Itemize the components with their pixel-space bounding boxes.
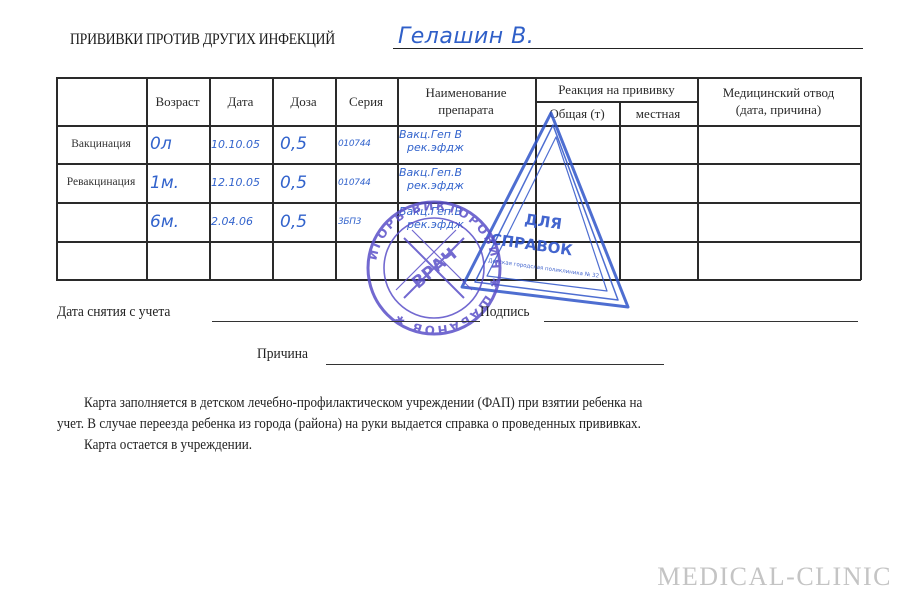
cell-medical-exemption[interactable] [697, 202, 860, 241]
column-header-dose: Доза [272, 77, 335, 125]
signature-field[interactable] [544, 321, 858, 322]
column-header-series: Серия [335, 77, 397, 125]
drug-name-line2: рек.эфдж [399, 179, 464, 192]
cell-series[interactable]: 010744 [338, 125, 397, 163]
cell-reaction-general[interactable] [535, 125, 619, 163]
deregistration-date-field[interactable] [212, 321, 480, 322]
cell-date[interactable]: 10.10.05 [211, 125, 272, 163]
cell-medical-exemption[interactable] [697, 241, 860, 279]
cell-age[interactable]: 1м. [150, 163, 209, 202]
deregistration-date-label: Дата снятия с учета [57, 304, 170, 321]
cell-date[interactable]: 2.04.06 [211, 202, 272, 241]
cell-medical-exemption[interactable] [697, 125, 860, 163]
cell-dose[interactable] [280, 241, 335, 279]
drug-name-line1: Вакц.Геп.В [399, 166, 462, 179]
reason-field[interactable] [326, 364, 664, 365]
note-line-3: Карта остается в учреждении. [84, 435, 252, 456]
cell-medical-exemption[interactable] [697, 163, 860, 202]
row-label [56, 202, 146, 241]
column-header-med-line1: Медицинский отвод [723, 84, 834, 101]
cell-drug-name[interactable]: Вакц.Геп.Врек.эфдж [399, 166, 533, 201]
cell-reaction-local[interactable] [619, 163, 697, 202]
column-header-drug-line1: Наименование [426, 84, 507, 101]
cell-reaction-general[interactable] [535, 241, 619, 279]
cell-series[interactable]: 3БП3 [338, 202, 397, 241]
column-header-reaction-local: местная [619, 101, 697, 125]
cell-reaction-general[interactable] [535, 202, 619, 241]
cell-dose[interactable]: 0,5 [280, 202, 335, 241]
drug-name-line2: рек.эфдж [399, 141, 464, 154]
row-label: Ревакцинация [56, 163, 146, 202]
row-label: Вакцинация [56, 125, 146, 163]
watermark: MEDICAL-CLINIC [657, 562, 892, 592]
cell-dose[interactable]: 0,5 [280, 125, 335, 163]
cell-series[interactable] [338, 241, 397, 279]
cell-drug-name[interactable] [399, 244, 533, 278]
cell-reaction-local[interactable] [619, 241, 697, 279]
cell-age[interactable]: 0л [150, 125, 209, 163]
reason-label: Причина [257, 346, 308, 363]
cell-reaction-local[interactable] [619, 125, 697, 163]
cell-date[interactable] [211, 241, 272, 279]
note-line-2: учет. В случае переезда ребенка из город… [57, 414, 641, 435]
table-border-bottom [56, 279, 861, 281]
column-header-medical-exemption: Медицинский отвод (дата, причина) [697, 77, 860, 125]
cell-drug-name[interactable]: Вакц.Геп Врек.эфдж [399, 128, 533, 162]
cell-drug-name[interactable]: Вакц.Геп.Врек.эфдж [399, 205, 533, 240]
cell-reaction-local[interactable] [619, 202, 697, 241]
drug-name-line1: Вакц.Геп В [399, 128, 462, 141]
drug-name-line2: рек.эфдж [399, 218, 464, 231]
cell-dose[interactable]: 0,5 [280, 163, 335, 202]
column-header-med-line2: (дата, причина) [736, 101, 821, 118]
cell-reaction-general[interactable] [535, 163, 619, 202]
cell-series[interactable]: 010744 [338, 163, 397, 202]
note-line-1: Карта заполняется в детском лечебно-проф… [84, 393, 642, 414]
column-header-drug: Наименование препарата [397, 77, 535, 125]
cell-age[interactable] [150, 241, 209, 279]
cell-age[interactable]: 6м. [150, 202, 209, 241]
column-header-drug-line2: препарата [438, 101, 494, 118]
column-header-reaction-general: Общая (т) [535, 101, 619, 125]
drug-name-line1: Вакц.Геп.В [399, 205, 462, 218]
column-header-age: Возраст [146, 77, 209, 125]
column-header-date: Дата [209, 77, 272, 125]
column-header-reaction: Реакция на прививку [535, 77, 698, 101]
cell-date[interactable]: 12.10.05 [211, 163, 272, 202]
row-label [56, 241, 146, 279]
table-border-right [860, 77, 862, 280]
signature-label: Подпись [480, 304, 530, 321]
vaccination-table: Возраст Дата Доза Серия Наименование пре… [0, 0, 900, 599]
